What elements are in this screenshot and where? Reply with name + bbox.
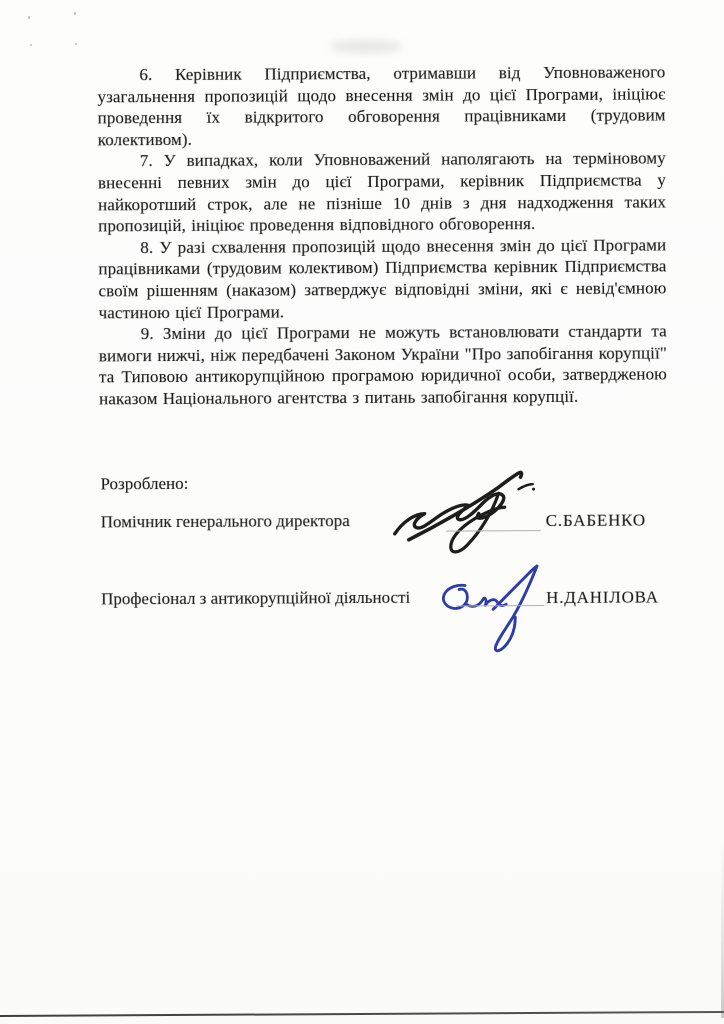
signatory-title-1: Помічник генерального директора [101,511,350,532]
signatory-name-2: Н.ДАНІЛОВА [546,587,659,608]
document-body: 6. Керівник Підприємства, отримавши від … [97,61,667,409]
signatory-title-2: Професіонал з антикорупційної діяльності [101,588,410,610]
signatory-name-1: С.БАБЕНКО [546,511,646,532]
scan-speck [75,43,77,45]
paragraph-6: 6. Керівник Підприємства, отримавши від … [97,61,665,150]
developed-label: Розроблено: [100,474,188,494]
signature-ink-babenko [380,457,541,568]
scan-skew-wrapper: 6. Керівник Підприємства, отримавши від … [0,0,724,1024]
paragraph-7: 7. У випадках, коли Уповноважений наполя… [98,148,666,237]
signature-ink-danilova [435,559,596,680]
paragraph-9: 9. Зміни до цієї Програми не можуть вста… [99,321,667,410]
scan-smudge [330,40,402,53]
scan-speck [28,16,30,19]
scan-speck [30,44,32,46]
scan-speck [74,12,76,15]
scanned-page: 6. Керівник Підприємства, отримавши від … [0,0,724,1024]
paragraph-8: 8. У разі схвалення пропозицій щодо внес… [98,234,666,323]
